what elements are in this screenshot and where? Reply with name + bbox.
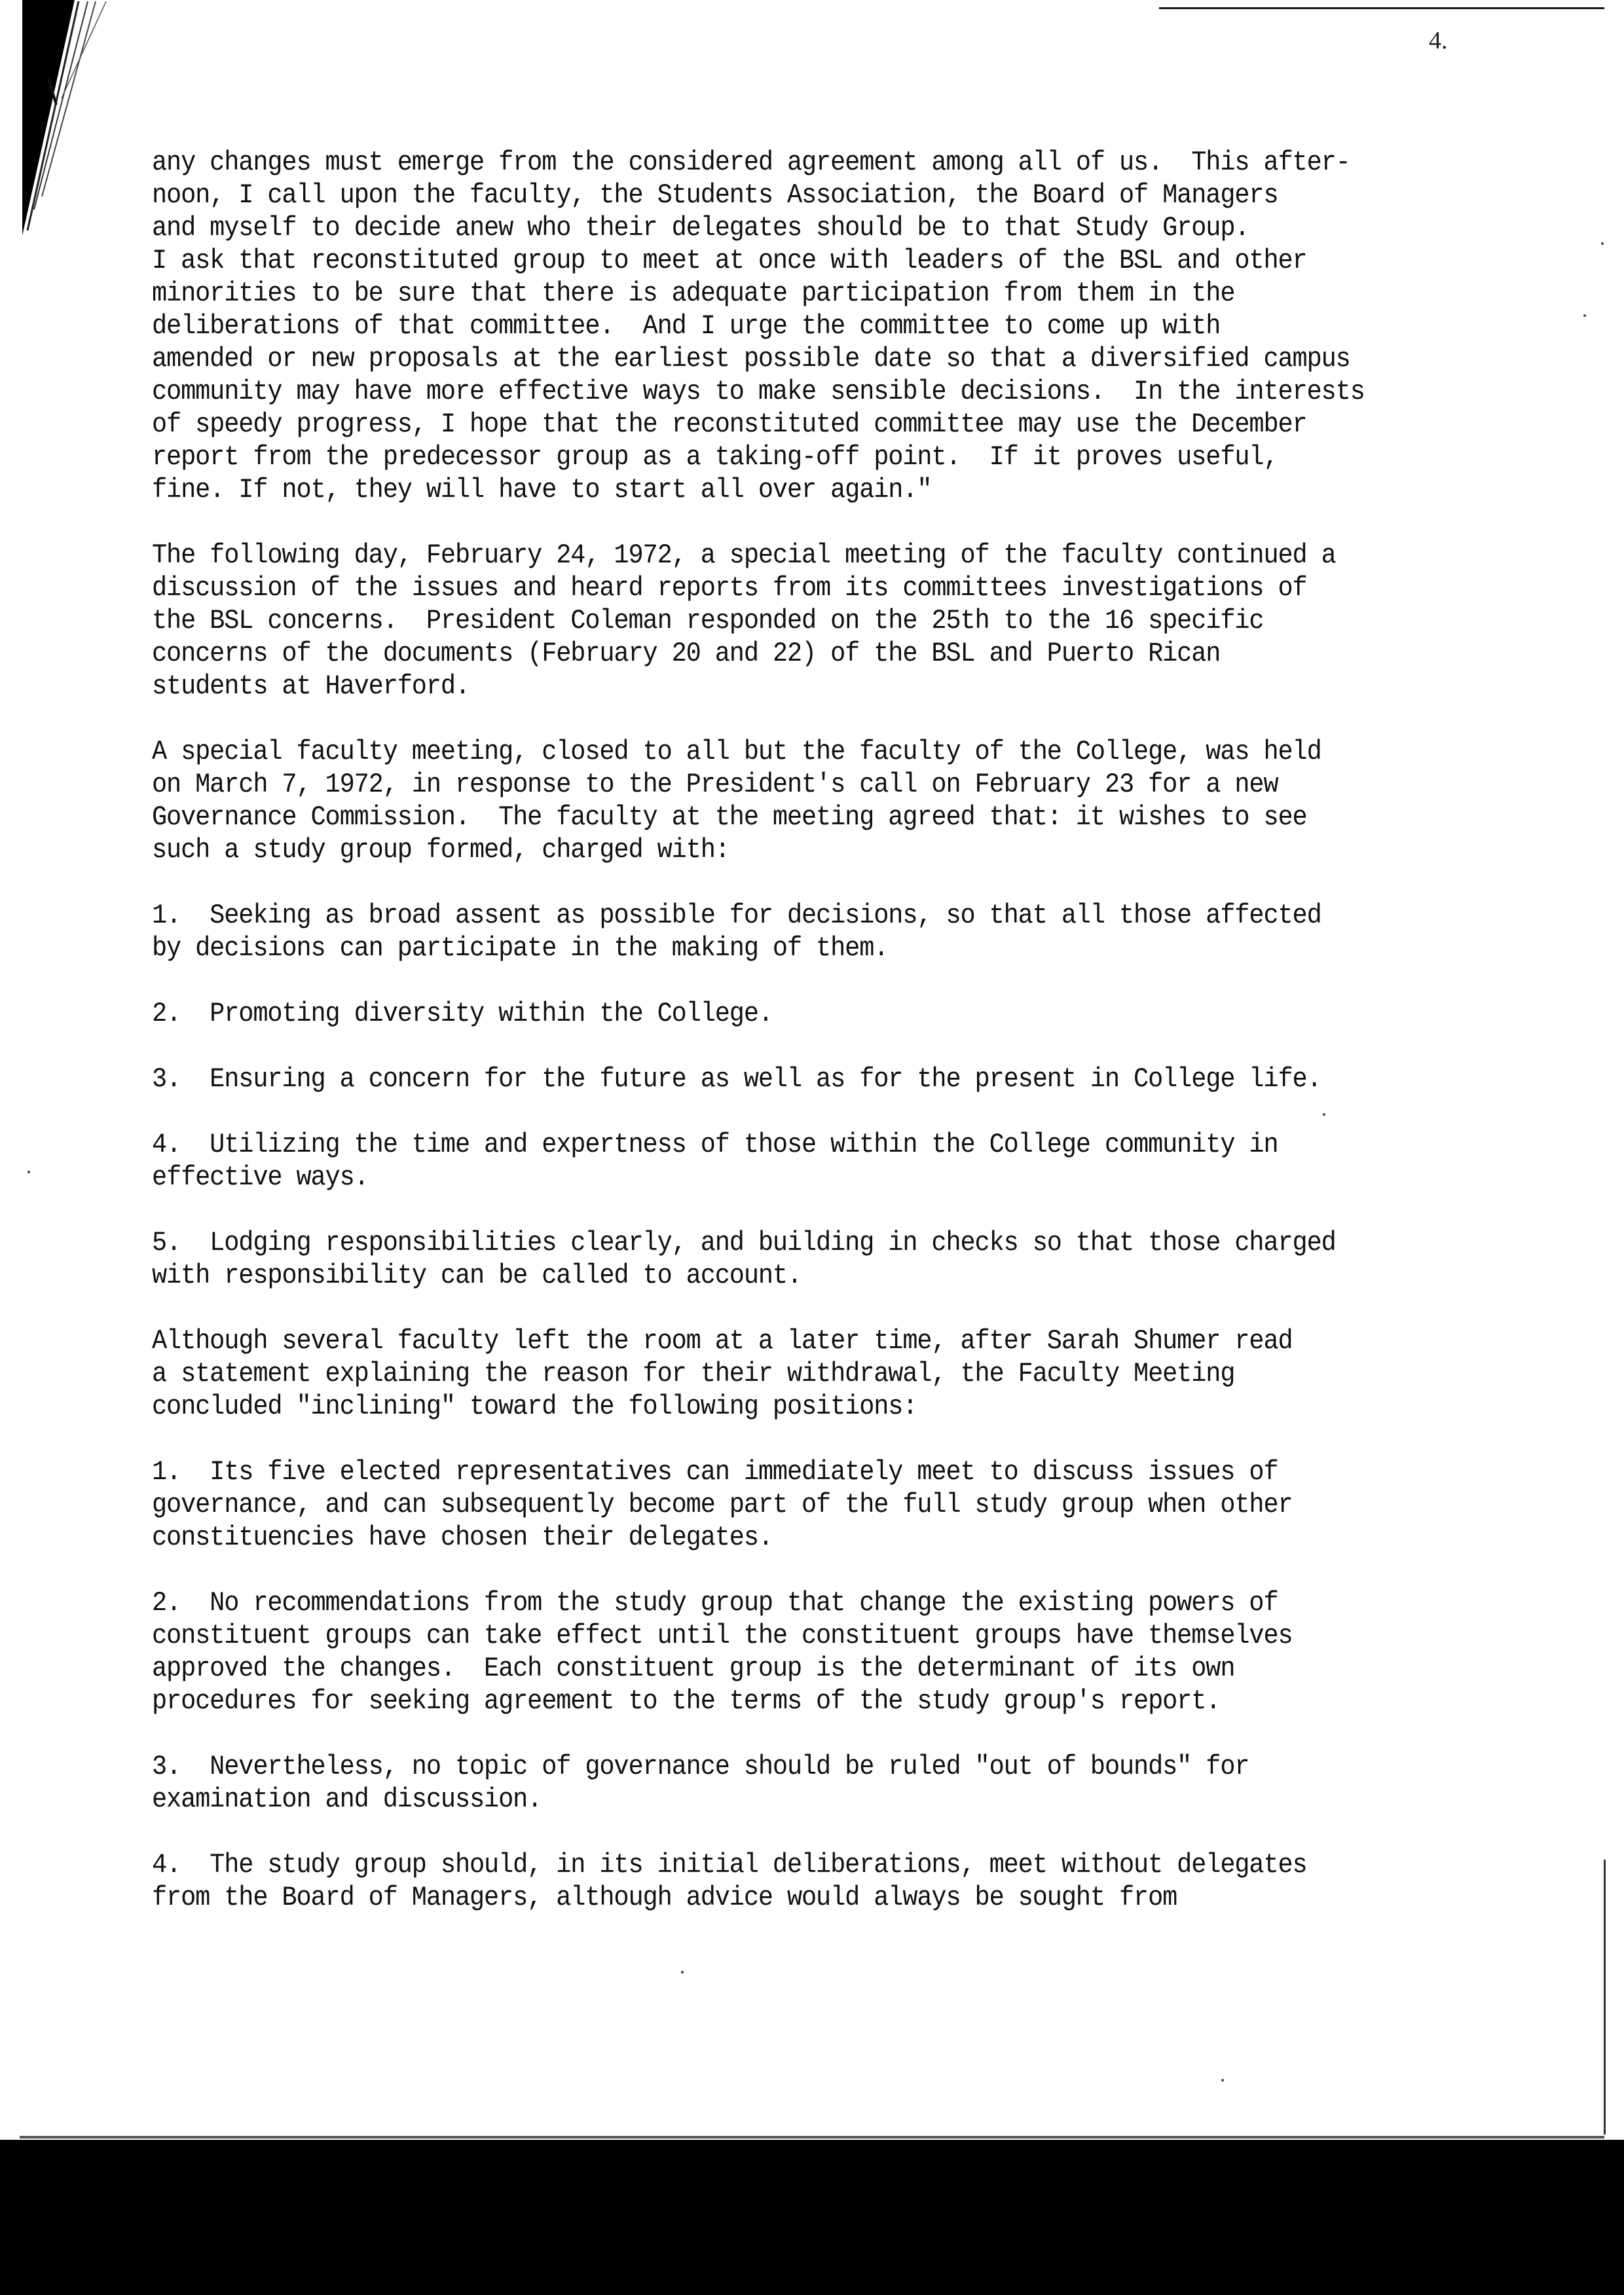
text-line: 5. Lodging responsibilities clearly, and…	[152, 1227, 1443, 1260]
scanned-document-page: 4. any changes must emerge from the cons…	[0, 0, 1624, 2295]
paragraph-position-4: 4. The study group should, in its initia…	[152, 1849, 1443, 1915]
text-line: Although several faculty left the room a…	[152, 1325, 1443, 1358]
paragraph-position-1: 1. Its five elected representatives can …	[152, 1456, 1443, 1554]
text-line: I ask that reconstituted group to meet a…	[152, 245, 1443, 278]
text-line: a statement explaining the reason for th…	[152, 1358, 1443, 1391]
text-line: A special faculty meeting, closed to all…	[152, 736, 1443, 769]
bottom-scan-rule	[20, 2136, 1604, 2139]
text-line: with responsibility can be called to acc…	[152, 1260, 1443, 1293]
text-line: governance, and can subsequently become …	[152, 1489, 1443, 1522]
text-line: constituencies have chosen their delegat…	[152, 1522, 1443, 1554]
binding-shadow-edge	[22, 0, 120, 236]
text-line: the BSL concerns. President Coleman resp…	[152, 605, 1443, 638]
text-line: community may have more effective ways t…	[152, 376, 1443, 409]
scan-speck	[1323, 1113, 1325, 1116]
scan-speck	[681, 1971, 684, 1974]
text-line: report from the predecessor group as a t…	[152, 441, 1443, 474]
text-line: deliberations of that committee. And I u…	[152, 310, 1443, 343]
text-line: concluded "inclining" toward the followi…	[152, 1391, 1443, 1423]
text-line: 1. Seeking as broad assent as possible f…	[152, 900, 1443, 932]
scan-speck	[1601, 242, 1604, 245]
text-line: approved the changes. Each constituent g…	[152, 1653, 1443, 1685]
text-line: 2. No recommendations from the study gro…	[152, 1587, 1443, 1620]
text-line: 1. Its five elected representatives can …	[152, 1456, 1443, 1489]
paragraph-charge-3: 3. Ensuring a concern for the future as …	[152, 1063, 1443, 1096]
paragraph-quote-continuation: any changes must emerge from the conside…	[152, 147, 1443, 507]
text-line: procedures for seeking agreement to the …	[152, 1685, 1443, 1718]
text-line: 4. Utilizing the time and expertness of …	[152, 1129, 1443, 1162]
scan-speck	[1583, 314, 1586, 317]
text-line: students at Haverford.	[152, 670, 1443, 703]
text-line: examination and discussion.	[152, 1784, 1443, 1816]
text-line: 3. Ensuring a concern for the future as …	[152, 1063, 1443, 1096]
paragraph-charge-2: 2. Promoting diversity within the Colleg…	[152, 998, 1443, 1031]
text-line: by decisions can participate in the maki…	[152, 932, 1443, 965]
text-line: noon, I call upon the faculty, the Stude…	[152, 179, 1443, 212]
text-line: concerns of the documents (February 20 a…	[152, 638, 1443, 670]
right-scan-edge	[1604, 1860, 1606, 2135]
text-line: minorities to be sure that there is adeq…	[152, 278, 1443, 310]
text-line: fine. If not, they will have to start al…	[152, 474, 1443, 507]
text-line: amended or new proposals at the earliest…	[152, 343, 1443, 376]
paragraph-march-7-meeting: A special faculty meeting, closed to all…	[152, 736, 1443, 867]
text-line: on March 7, 1972, in response to the Pre…	[152, 769, 1443, 801]
text-line: effective ways.	[152, 1162, 1443, 1194]
scan-speck	[28, 1171, 30, 1173]
text-line: 3. Nevertheless, no topic of governance …	[152, 1751, 1443, 1784]
text-line: any changes must emerge from the conside…	[152, 147, 1443, 179]
paragraph-february-24-meeting: The following day, February 24, 1972, a …	[152, 540, 1443, 703]
text-line: and myself to decide anew who their dele…	[152, 212, 1443, 245]
paragraph-position-3: 3. Nevertheless, no topic of governance …	[152, 1751, 1443, 1816]
document-body: any changes must emerge from the conside…	[152, 147, 1443, 1947]
text-line: from the Board of Managers, although adv…	[152, 1882, 1443, 1915]
text-line: such a study group formed, charged with:	[152, 834, 1443, 867]
scanner-black-band	[0, 2140, 1624, 2295]
text-line: of speedy progress, I hope that the reco…	[152, 409, 1443, 441]
paragraph-charge-1: 1. Seeking as broad assent as possible f…	[152, 900, 1443, 965]
paragraph-position-2: 2. No recommendations from the study gro…	[152, 1587, 1443, 1718]
text-line: 2. Promoting diversity within the Colleg…	[152, 998, 1443, 1031]
scan-speck	[1221, 2079, 1224, 2082]
text-line: Governance Commission. The faculty at th…	[152, 801, 1443, 834]
text-line: discussion of the issues and heard repor…	[152, 572, 1443, 605]
paragraph-withdrawal: Although several faculty left the room a…	[152, 1325, 1443, 1423]
top-scan-rule	[1159, 7, 1604, 9]
text-line: constituent groups can take effect until…	[152, 1620, 1443, 1653]
page-number: 4.	[1429, 26, 1448, 55]
text-line: The following day, February 24, 1972, a …	[152, 540, 1443, 572]
text-line: 4. The study group should, in its initia…	[152, 1849, 1443, 1882]
paragraph-charge-5: 5. Lodging responsibilities clearly, and…	[152, 1227, 1443, 1293]
paragraph-charge-4: 4. Utilizing the time and expertness of …	[152, 1129, 1443, 1194]
